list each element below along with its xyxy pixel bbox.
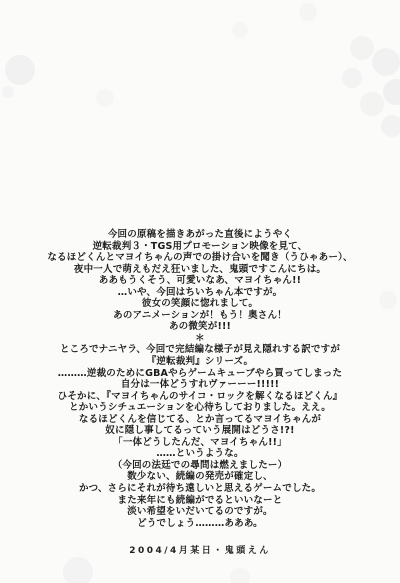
afterword-line: 奴に隠し事してるっていう展開はどうさ!?! <box>0 425 400 437</box>
afterword-line: ところでナニヤラ、今回で完結編な様子が見え隠れする訳ですが <box>0 344 400 356</box>
afterword-line: ………逆裁のためにGBAやらゲームキューブやら買ってしまった <box>0 368 400 380</box>
afterword-line: 自分は一体どうすれヴァーーー!!!!! <box>0 379 400 391</box>
afterword-line: なるほどくんとマヨイちゃんの声での掛け合いを聞き（うひゃあー）、 <box>0 252 400 264</box>
afterword-line: 淡い希望をいだいてるのですが。 <box>0 506 400 518</box>
afterword-line: 彼女の笑顔に惚れまして。 <box>0 298 400 310</box>
afterword-line: とかいうシチュエーションを心待ちしておりました。ええ。 <box>0 402 400 414</box>
date-credit: 2004/4月某日・鬼頭えん <box>0 543 400 556</box>
afterword-line: なるほどくんを信じてる、とか言ってるマヨイちゃんが <box>0 414 400 426</box>
afterword-line: かつ、さらにそれが待ち遠しいと思えるゲームでした。 <box>0 483 400 495</box>
afterword-line: ひそかに、『マヨイちゃんのサイコ・ロックを解くなるほどくん』 <box>0 391 400 403</box>
afterword-text: 今回の原稿を描きあがった直後にようやく 逆転裁判３・TGS用プロモーション映像を… <box>0 229 400 529</box>
afterword-page: 今回の原稿を描きあがった直後にようやく 逆転裁判３・TGS用プロモーション映像を… <box>0 0 400 583</box>
afterword-line: どうでしょう………あああ。 <box>0 518 400 530</box>
afterword-line: あのアニメーションが！もう！奥さん！ <box>0 310 400 322</box>
afterword-line: あの微笑が!!! <box>0 321 400 333</box>
section-divider-asterisk: ＊ <box>0 333 400 345</box>
afterword-line: 逆転裁判３・TGS用プロモーション映像を見て、 <box>0 241 400 253</box>
afterword-line: 今回の原稿を描きあがった直後にようやく <box>0 229 400 241</box>
afterword-line: ……というような。 <box>0 448 400 460</box>
afterword-line: （今回の法廷での尋問は燃えましたー） <box>0 460 400 472</box>
afterword-line: 夜中一人で萌えもだえ狂いました、鬼頭ですこんにちは。 <box>0 264 400 276</box>
afterword-line: ああもうくそう、可愛いなあ、マヨイちゃん!! <box>0 275 400 287</box>
afterword-line: 数少ない、続編の発売が確定し、 <box>0 471 400 483</box>
afterword-line: 「一体どうしたんだ、マヨイちゃん!!」 <box>0 437 400 449</box>
afterword-line: …いや、今回はちいちゃん本ですが。 <box>0 287 400 299</box>
afterword-line: 『逆転裁判』シリーズ。 <box>0 356 400 368</box>
afterword-line: また来年にも続編がでるといいなーと <box>0 495 400 507</box>
